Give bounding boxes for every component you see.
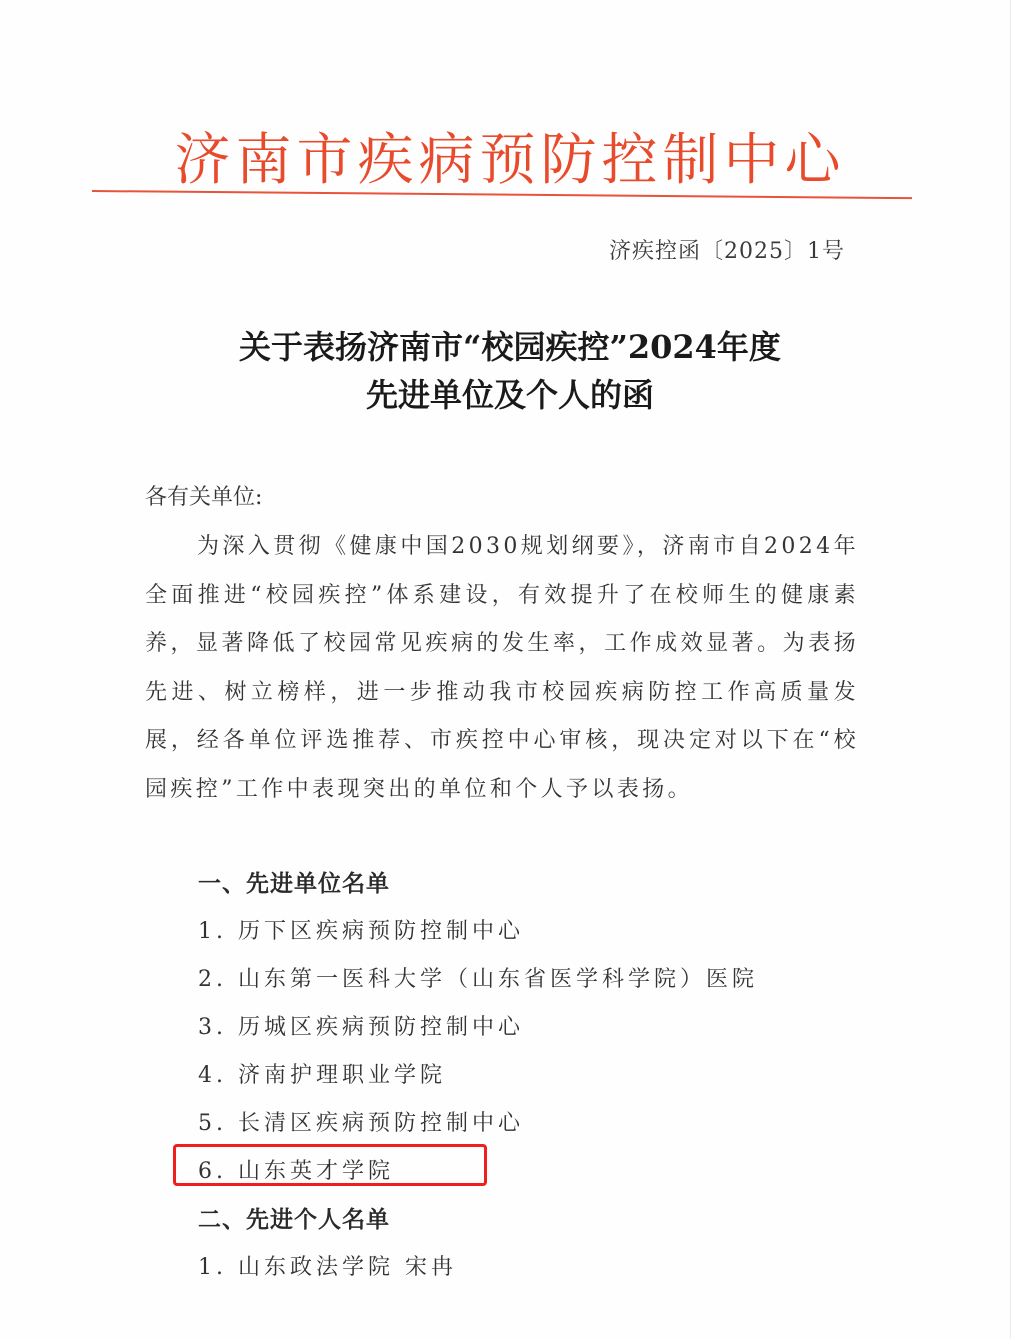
document-title-line-1: 关于表扬济南市“校园疾控”2024年度 xyxy=(120,323,900,371)
unit-list-item: 1. 历下区疾病预防控制中心 xyxy=(198,914,524,945)
document-title: 关于表扬济南市“校园疾控”2024年度 先进单位及个人的函 xyxy=(120,323,900,419)
section-heading-advanced-units: 一、先进单位名单 xyxy=(198,865,390,898)
section-heading-advanced-individuals: 二、先进个人名单 xyxy=(198,1201,390,1234)
document-number: 济疾控函〔2025〕1号 xyxy=(609,234,845,265)
individual-list-item: 1. 山东政法学院 宋冉 xyxy=(198,1250,457,1281)
unit-list-item: 2. 山东第一医科大学（山东省医学科学院）医院 xyxy=(198,962,758,993)
letterhead-title: 济南市疾病预防控制中心 xyxy=(130,128,890,194)
unit-list-item: 5. 长清区疾病预防控制中心 xyxy=(198,1106,524,1137)
salutation: 各有关单位: xyxy=(145,480,262,511)
body-paragraph: 为深入贯彻《健康中国2030规划纲要》，济南市自2024年全面推进“校园疾控”体… xyxy=(145,523,859,814)
red-highlight-box xyxy=(173,1144,487,1186)
document-title-line-2: 先进单位及个人的函 xyxy=(120,371,900,419)
unit-list-item: 3. 历城区疾病预防控制中心 xyxy=(198,1010,524,1041)
unit-list-item: 4. 济南护理职业学院 xyxy=(198,1058,446,1089)
document-page: 济南市疾病预防控制中心 济疾控函〔2025〕1号 关于表扬济南市“校园疾控”20… xyxy=(0,0,1011,1339)
